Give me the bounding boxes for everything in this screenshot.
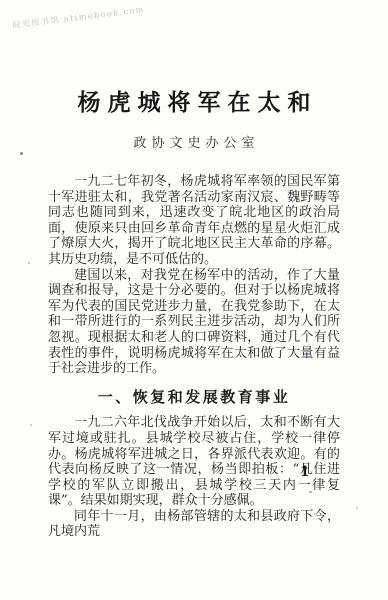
article-body: 一九二七年初冬，杨虎城将军率领的国民军第十军进驻太和，我党著名活动家南汉宸、魏野…: [48, 174, 340, 540]
section-paragraph: 一九二六年北伐战争开始以后，太和不断有大军过境或驻扎。县城学校尽被占住，学校一律…: [48, 415, 340, 509]
scanned-book-page: 时光图书馆 atimebook.com 杨虎城将军在太和 政协文史办公室 一九二…: [0, 0, 388, 600]
article-byline: 政协文史办公室: [0, 132, 388, 151]
section-paragraph: 同年十一月，由杨部管辖的太和县政府下令，凡境内荒: [48, 509, 340, 540]
scan-speck: [309, 491, 312, 493]
section-heading: 一、恢复和发展教育事业: [48, 390, 340, 406]
page-number: 1: [300, 464, 309, 480]
intro-paragraph: 一九二七年初冬，杨虎城将军率领的国民军第十军进驻太和，我党著名活动家南汉宸、魏野…: [48, 174, 340, 268]
scan-speck: [356, 507, 358, 509]
scan-speck: [30, 424, 32, 426]
scan-speck: [20, 152, 23, 155]
scan-speck: [28, 262, 30, 264]
intro-paragraph: 建国以来，对我党在杨军中的活动，作了大量调查和报导，这是十分必要的。但对于以杨虎…: [48, 268, 340, 377]
